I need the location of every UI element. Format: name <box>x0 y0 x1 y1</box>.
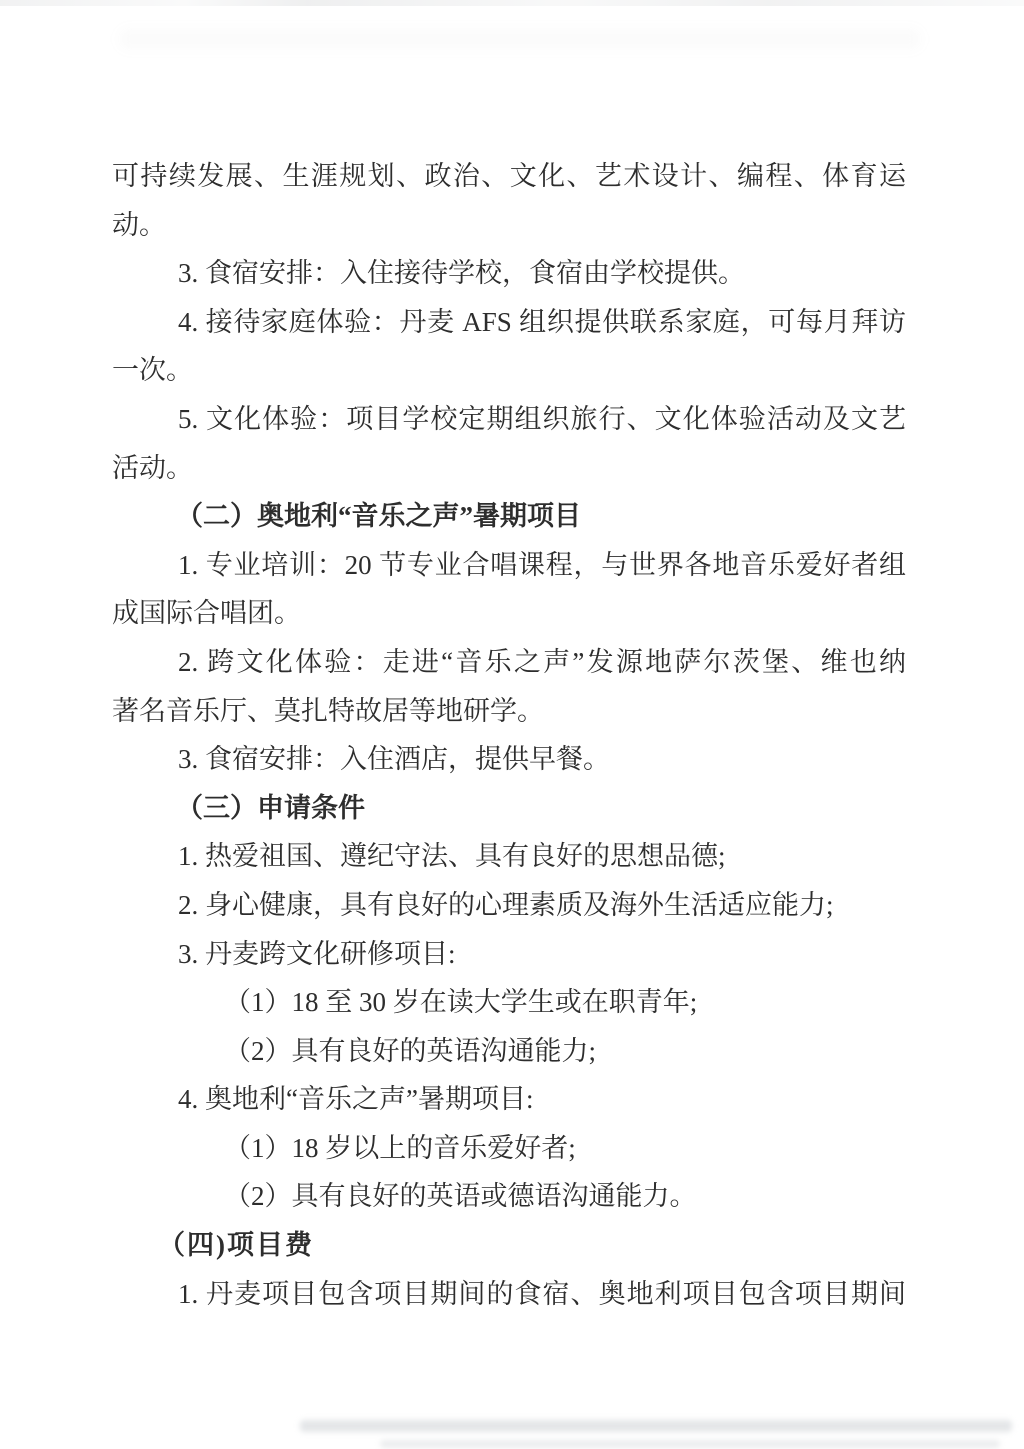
text-line-14: （三）申请条件 <box>112 784 906 833</box>
text-line-19: （2）具有良好的英语沟通能力; <box>112 1027 906 1076</box>
text-line-6: 5. 文化体验：项目学校定期组织旅行、文化体验活动及文艺 <box>112 395 906 444</box>
document-text-block: 可持续发展、生涯规划、政治、文化、艺术设计、编程、体育运动。3. 食宿安排：入住… <box>112 152 906 1318</box>
text-line-23: （四)项目费 <box>112 1221 906 1270</box>
scan-artifact-top-smudge <box>120 30 920 48</box>
text-line-22: （2）具有良好的英语或德语沟通能力。 <box>112 1172 906 1221</box>
text-line-13: 3. 食宿安排：入住酒店，提供早餐。 <box>112 735 906 784</box>
text-line-15: 1. 热爱祖国、遵纪守法、具有良好的思想品德; <box>112 832 906 881</box>
text-line-7: 活动。 <box>112 444 906 493</box>
text-line-12: 著名音乐厅、莫扎特故居等地研学。 <box>112 687 906 736</box>
scan-artifact-top-edge <box>0 0 1024 6</box>
text-line-9: 1. 专业培训：20 节专业合唱课程，与世界各地音乐爱好者组 <box>112 541 906 590</box>
text-line-5: 一次。 <box>112 346 906 395</box>
text-line-11: 2. 跨文化体验：走进“音乐之声”发源地萨尔茨堡、维也纳 <box>112 638 906 687</box>
text-line-16: 2. 身心健康，具有良好的心理素质及海外生活适应能力; <box>112 881 906 930</box>
text-line-10: 成国际合唱团。 <box>112 589 906 638</box>
scan-artifact-bleedthrough-line-2 <box>380 1440 1000 1448</box>
text-line-24: 1. 丹麦项目包含项目期间的食宿、奥地利项目包含项目期间 <box>112 1270 906 1319</box>
text-line-4: 4. 接待家庭体验：丹麦 AFS 组织提供联系家庭，可每月拜访 <box>112 298 906 347</box>
scan-artifact-bleedthrough-line-1 <box>300 1420 1012 1432</box>
text-line-1: 可持续发展、生涯规划、政治、文化、艺术设计、编程、体育运 <box>112 152 906 201</box>
text-line-17: 3. 丹麦跨文化研修项目: <box>112 930 906 979</box>
text-line-20: 4. 奥地利“音乐之声”暑期项目: <box>112 1075 906 1124</box>
text-line-3: 3. 食宿安排：入住接待学校，食宿由学校提供。 <box>112 249 906 298</box>
text-line-18: （1）18 至 30 岁在读大学生或在职青年; <box>112 978 906 1027</box>
text-line-2: 动。 <box>112 201 906 250</box>
document-page: 可持续发展、生涯规划、政治、文化、艺术设计、编程、体育运动。3. 食宿安排：入住… <box>0 0 1024 1449</box>
text-line-8: （二）奥地利“音乐之声”暑期项目 <box>112 492 906 541</box>
text-line-21: （1）18 岁以上的音乐爱好者; <box>112 1124 906 1173</box>
